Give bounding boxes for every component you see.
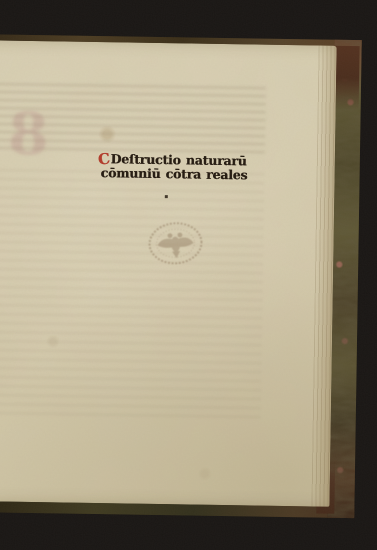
page: 8 CDeſtructio naturarū cōmuniū cōtra rea… bbox=[0, 40, 337, 507]
title-line-2: cōmuniū cōtra reales bbox=[100, 166, 259, 182]
photo-background: 8 CDeſtructio naturarū cōmuniū cōtra rea… bbox=[0, 0, 377, 550]
title-block: CDeſtructio naturarū cōmuniū cōtra reale… bbox=[90, 151, 260, 183]
showthrough-text-lines-faint bbox=[0, 168, 265, 422]
library-stamp bbox=[145, 218, 206, 268]
book: 8 CDeſtructio naturarū cōmuniū cōtra rea… bbox=[0, 34, 362, 518]
eagle-stamp-icon bbox=[145, 218, 206, 268]
binding-corner-top-right bbox=[333, 46, 360, 110]
printers-mark: ▪ bbox=[164, 193, 168, 200]
rubricated-initial: C bbox=[97, 151, 110, 166]
showthrough-initial: 8 bbox=[8, 105, 49, 164]
